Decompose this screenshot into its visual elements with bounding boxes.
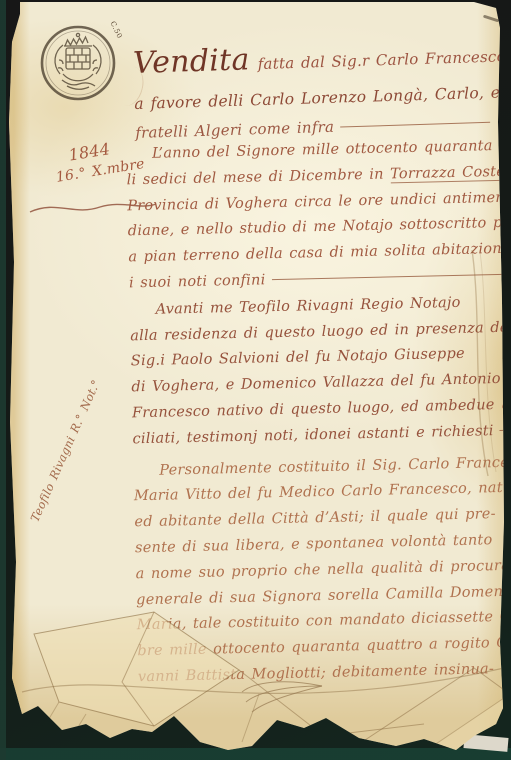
underlined-place-name: Torrazza Coste (390, 164, 505, 184)
corner-tear-mark (483, 15, 499, 23)
coat-of-arms-icon (38, 22, 118, 104)
deed-title-block: Venditafatta dal Sig.r Carlo Francesco M… (132, 30, 507, 148)
deed-type-word: Vendita (133, 42, 251, 81)
line-text: li sedici del mese di Dicembre in (127, 166, 391, 188)
armorial-stamp (38, 22, 118, 104)
filler-rule (340, 122, 490, 128)
title-line-1-rest: fatta dal Sig.r Carlo Francesco Maria Vi… (257, 44, 507, 73)
document-scan: C.50 1844 16.° X.mbre Teofilo Rivagni R.… (0, 0, 511, 760)
line-text: i suoi noti confini (129, 272, 266, 291)
vertical-fold-line (442, 250, 507, 480)
line-text: ciliati, testimonj noti, idonei astanti … (132, 423, 494, 447)
paper-sheet: C.50 1844 16.° X.mbre Teofilo Rivagni R.… (4, 2, 507, 754)
margin-notary-signature: Teofilo Rivagni R.° Not.° (28, 345, 118, 524)
